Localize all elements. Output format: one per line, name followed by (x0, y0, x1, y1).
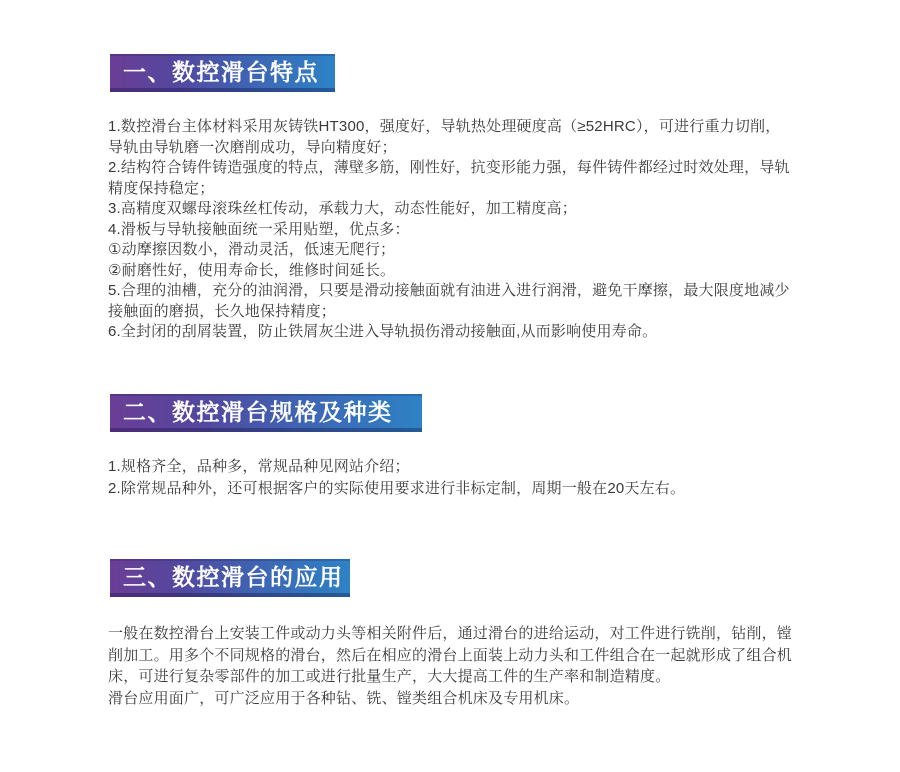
body-line: 1.数控滑台主体材料采用灰铸铁HT300，强度好，导轨热处理硬度高（≥52HRC… (108, 117, 890, 138)
section-header-specs-types: 二、数控滑台规格及种类 (110, 394, 422, 432)
body-line: 导轨由导轨磨一次磨削成功，导向精度好； (108, 138, 890, 159)
section-header-applications: 三、数控滑台的应用 (110, 559, 350, 597)
section-header-features: 一、数控滑台特点 (110, 54, 335, 92)
product-description-page: 一、数控滑台特点 1.数控滑台主体材料采用灰铸铁HT300，强度好，导轨热处理硬… (0, 0, 900, 772)
body-line: 精度保持稳定； (108, 179, 890, 200)
body-line: 接触面的磨损，长久地保持精度； (108, 302, 890, 323)
body-line: ①动摩擦因数小，滑动灵活，低速无爬行； (108, 240, 890, 261)
body-line: 1.规格齐全，品种多，常规品种见网站介绍； (108, 456, 890, 478)
body-line: 5.合理的油槽，充分的油润滑，只要是滑动接触面就有油进入进行润滑，避免干摩擦，最… (108, 281, 890, 302)
body-line: 4.滑板与导轨接触面统一采用贴塑，优点多： (108, 220, 890, 241)
body-line: 2.除常规品种外，还可根据客户的实际使用要求进行非标定制，周期一般在20天左右。 (108, 478, 890, 500)
body-line: 2.结构符合铸件铸造强度的特点，薄壁多筋，刚性好，抗变形能力强，每件铸件都经过时… (108, 158, 890, 179)
body-line: ②耐磨性好，使用寿命长，维修时间延长。 (108, 261, 890, 282)
body-line: 6.全封闭的刮屑装置，防止铁屑灰尘进入导轨损伤滑动接触面,从而影响使用寿命。 (108, 322, 890, 343)
body-line: 床，可进行复杂零部件的加工或进行批量生产，大大提高工件的生产率和制造精度。 (108, 666, 890, 688)
body-line: 3.高精度双螺母滚珠丝杠传动，承载力大，动态性能好，加工精度高； (108, 199, 890, 220)
body-line: 削加工。用多个不同规格的滑台，然后在相应的滑台上面装上动力头和工件组合在一起就形… (108, 645, 890, 667)
body-line: 一般在数控滑台上安装工件或动力头等相关附件后，通过滑台的进给运动，对工件进行铣削… (108, 623, 890, 645)
section-body-applications: 一般在数控滑台上安装工件或动力头等相关附件后，通过滑台的进给运动，对工件进行铣削… (108, 623, 890, 709)
body-line: 滑台应用面广，可广泛应用于各种钻、铣、镗类组合机床及专用机床。 (108, 688, 890, 710)
section-body-features: 1.数控滑台主体材料采用灰铸铁HT300，强度好，导轨热处理硬度高（≥52HRC… (108, 117, 890, 343)
section-body-specs-types: 1.规格齐全，品种多，常规品种见网站介绍； 2.除常规品种外，还可根据客户的实际… (108, 456, 890, 500)
